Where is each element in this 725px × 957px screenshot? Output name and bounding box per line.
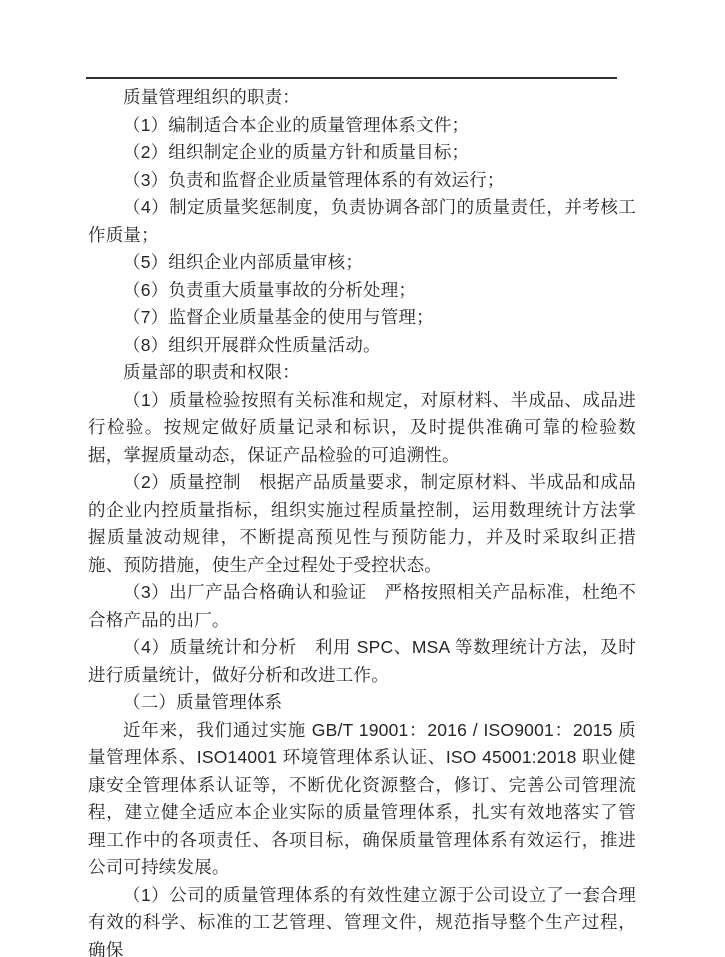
paragraph: （1）编制适合本企业的质量管理体系文件； <box>88 112 636 140</box>
paragraph: 质量管理组织的职责： <box>88 84 636 112</box>
paragraph: （2）质量控制 根据产品质量要求，制定原材料、半成品和成品的企业内控质量指标，组… <box>88 469 636 579</box>
paragraph: （4）制定质量奖惩制度，负责协调各部门的质量责任，并考核工作质量； <box>88 194 636 249</box>
document-page: 质量管理组织的职责：（1）编制适合本企业的质量管理体系文件；（2）组织制定企业的… <box>0 0 725 957</box>
paragraph: （3）负责和监督企业质量管理体系的有效运行； <box>88 167 636 195</box>
paragraph: （2）组织制定企业的质量方针和质量目标； <box>88 139 636 167</box>
paragraph: （二）质量管理体系 <box>88 689 636 717</box>
paragraph: （8）组织开展群众性质量活动。 <box>88 332 636 360</box>
paragraph: 质量部的职责和权限： <box>88 359 636 387</box>
paragraph: （1）公司的质量管理体系的有效性建立源于公司设立了一套合理有效的科学、标准的工艺… <box>88 882 636 957</box>
paragraph: （5）组织企业内部质量审核； <box>88 249 636 277</box>
paragraph: （1）质量检验按照有关标准和规定，对原材料、半成品、成品进行检验。按规定做好质量… <box>88 387 636 470</box>
paragraph: （4）质量统计和分析 利用 SPC、MSA 等数理统计方法，及时进行质量统计，做… <box>88 634 636 689</box>
page-header-rule <box>86 77 617 79</box>
document-body: 质量管理组织的职责：（1）编制适合本企业的质量管理体系文件；（2）组织制定企业的… <box>88 84 636 957</box>
paragraph: 近年来，我们通过实施 GB/T 19001：2016 / ISO9001：201… <box>88 717 636 882</box>
paragraph: （3）出厂产品合格确认和验证 严格按照相关产品标准，杜绝不合格产品的出厂。 <box>88 579 636 634</box>
paragraph: （6）负责重大质量事故的分析处理； <box>88 277 636 305</box>
paragraph: （7）监督企业质量基金的使用与管理； <box>88 304 636 332</box>
